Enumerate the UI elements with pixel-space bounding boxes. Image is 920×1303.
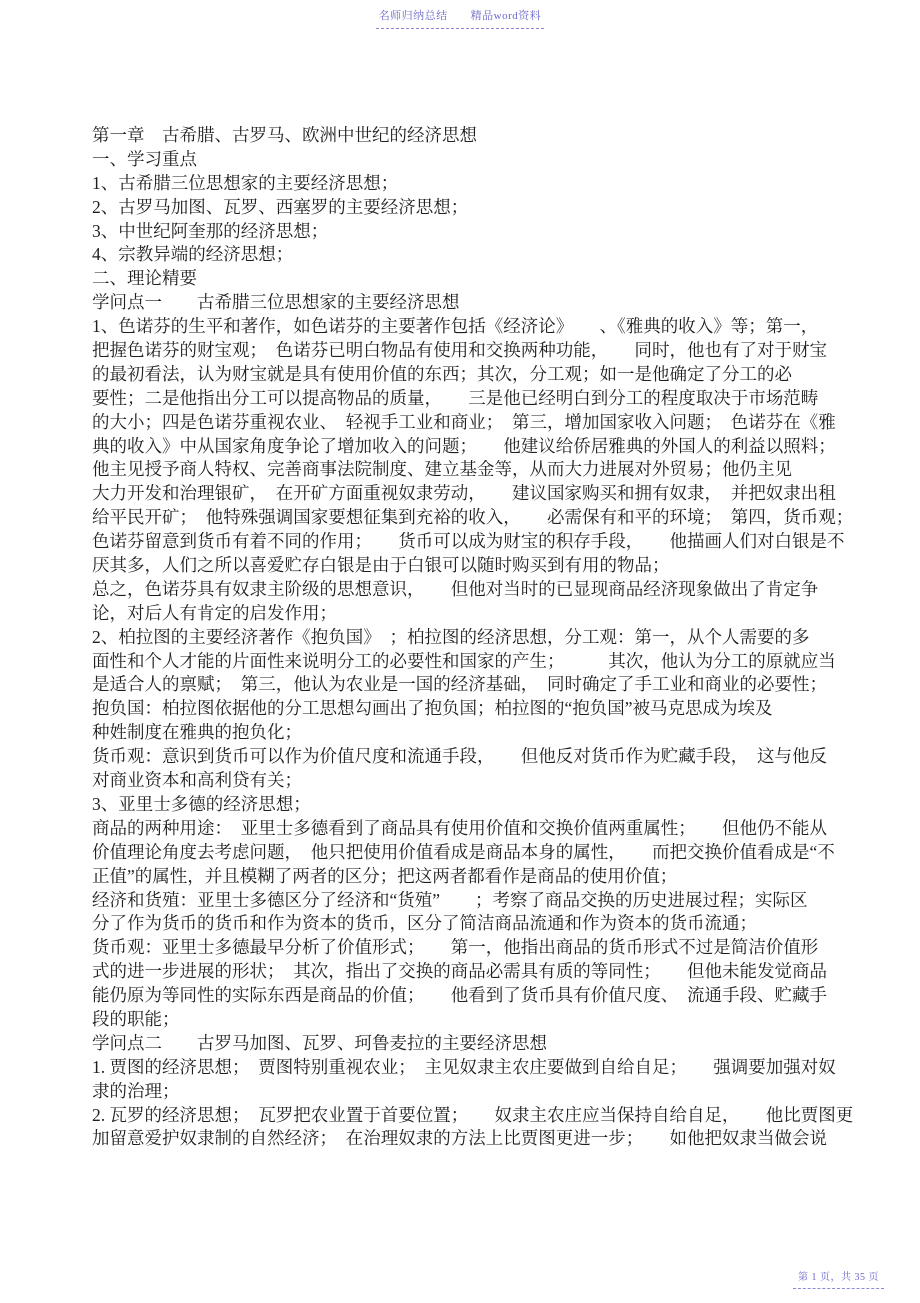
text-line: 1、色诺芬的生平和著作，如色诺芬的主要著作包括《经济论》 、《雅典的收入》等；第…	[92, 315, 838, 339]
text-line: 能仍原为等同性的实际东西是商品的价值； 他看到了货币具有价值尺度、 流通手段、贮…	[92, 984, 838, 1008]
footer-page-number: 第 1 页，共 35 页	[793, 1268, 884, 1289]
document-body: 第一章 古希腊、古罗马、欧洲中世纪的经济思想一、学习重点1、古希腊三位思想家的主…	[92, 124, 838, 1151]
text-line: 价值理论角度去考虑问题， 他只把使用价值看成是商品本身的属性， 而把交换价值看成…	[92, 841, 838, 865]
text-line: 商品的两种用途： 亚里士多德看到了商品具有使用价值和交换价值两重属性； 但他仍不…	[92, 817, 838, 841]
text-line: 经济和货殖：亚里士多德区分了经济和“货殖” ；考察了商品交换的历史进展过程；实际…	[92, 889, 838, 913]
text-line: 是适合人的禀赋； 第三，他认为农业是一国的经济基础， 同时确定了手工业和商业的必…	[92, 673, 838, 697]
text-line: 加留意爱护奴隶制的自然经济； 在治理奴隶的方法上比贾图更进一步； 如他把奴隶当做…	[92, 1127, 838, 1151]
text-line: 式的进一步进展的形状； 其次，指出了交换的商品必需具有质的等同性； 但他未能发觉…	[92, 960, 838, 984]
text-line: 正值”的属性，并且模糊了两者的区分；把这两者都看作是商品的使用价值；	[92, 865, 838, 889]
text-line: 一、学习重点	[92, 148, 838, 172]
text-line: 总之，色诺芬具有奴隶主阶级的思想意识， 但他对当时的已显现商品经济现象做出了肯定…	[92, 578, 838, 602]
text-line: 3、亚里士多德的经济思想；	[92, 793, 838, 817]
text-line: 第一章 古希腊、古罗马、欧洲中世纪的经济思想	[92, 124, 838, 148]
document-page: 名师归纳总结 精品word资料 第一章 古希腊、古罗马、欧洲中世纪的经济思想一、…	[0, 0, 920, 1303]
text-line: 论，对后人有肯定的启发作用；	[92, 602, 838, 626]
text-line: 要性；二是他指出分工可以提高物品的质量， 三是他已经明白到分工的程度取决于市场范…	[92, 387, 838, 411]
text-line: 货币观：亚里士多德最早分析了价值形式； 第一，他指出商品的货币形式不过是简洁价值…	[92, 936, 838, 960]
text-line: 隶的治理；	[92, 1080, 838, 1104]
text-line: 种姓制度在雅典的抱负化；	[92, 721, 838, 745]
text-line: 2、柏拉图的主要经济著作《抱负国》 ；柏拉图的经济思想，分工观：第一，从个人需要…	[92, 626, 838, 650]
page-footer: 第 1 页，共 35 页	[793, 1267, 884, 1289]
text-line: 4、宗教异端的经济思想；	[92, 243, 838, 267]
text-line: 他主见授予商人特权、完善商事法院制度、建立基金等，从而大力进展对外贸易；他仍主见	[92, 458, 838, 482]
text-line: 分了作为货币的货币和作为资本的货币，区分了简洁商品流通和作为资本的货币流通；	[92, 912, 838, 936]
text-line: 的最初看法，认为财宝就是具有使用价值的东西；其次，分工观；如一是他确定了分工的必	[92, 363, 838, 387]
text-line: 学问点二 古罗马加图、瓦罗、珂鲁麦拉的主要经济思想	[92, 1032, 838, 1056]
text-line: 二、理论精要	[92, 267, 838, 291]
text-line: 2、古罗马加图、瓦罗、西塞罗的主要经济思想；	[92, 196, 838, 220]
text-line: 典的收入》中从国家角度争论了增加收入的问题； 他建议给侨居雅典的外国人的利益以照…	[92, 435, 838, 459]
text-line: 对商业资本和高利贷有关；	[92, 769, 838, 793]
text-line: 抱负国：柏拉图依据他的分工思想勾画出了抱负国；柏拉图的“抱负国”被马克思成为埃及	[92, 697, 838, 721]
text-line: 大力开发和治理银矿， 在开矿方面重视奴隶劳动， 建议国家购买和拥有奴隶， 并把奴…	[92, 482, 838, 506]
text-line: 1、古希腊三位思想家的主要经济思想；	[92, 172, 838, 196]
text-line: 厌其多，人们之所以喜爱贮存白银是由于白银可以随时购买到有用的物品；	[92, 554, 838, 578]
text-line: 1. 贾图的经济思想； 贾图特别重视农业； 主见奴隶主农庄要做到自给自足； 强调…	[92, 1056, 838, 1080]
text-line: 3、中世纪阿奎那的经济思想；	[92, 220, 838, 244]
text-line: 给平民开矿； 他特殊强调国家要想征集到充裕的收入， 必需保有和平的环境； 第四，…	[92, 506, 838, 530]
text-line: 把握色诺芬的财宝观； 色诺芬已明白物品有使用和交换两种功能， 同时，他也有了对于…	[92, 339, 838, 363]
text-line: 色诺芬留意到货币有着不同的作用； 货币可以成为财宝的积存手段， 他描画人们对白银…	[92, 530, 838, 554]
text-line: 货币观：意识到货币可以作为价值尺度和流通手段， 但他反对货币作为贮藏手段， 这与…	[92, 745, 838, 769]
text-line: 面性和个人才能的片面性来说明分工的必要性和国家的产生； 其次，他认为分工的原就应…	[92, 650, 838, 674]
text-line: 学问点一 古希腊三位思想家的主要经济思想	[92, 291, 838, 315]
header-watermark-text: 名师归纳总结 精品word资料	[376, 7, 545, 29]
text-line: 段的职能；	[92, 1008, 838, 1032]
text-line: 2. 瓦罗的经济思想； 瓦罗把农业置于首要位置； 奴隶主农庄应当保持自给自足， …	[92, 1104, 838, 1128]
text-line: 的大小；四是色诺芬重视农业、 轻视手工业和商业； 第三，增加国家收入问题； 色诺…	[92, 411, 838, 435]
page-header: 名师归纳总结 精品word资料	[0, 6, 920, 29]
